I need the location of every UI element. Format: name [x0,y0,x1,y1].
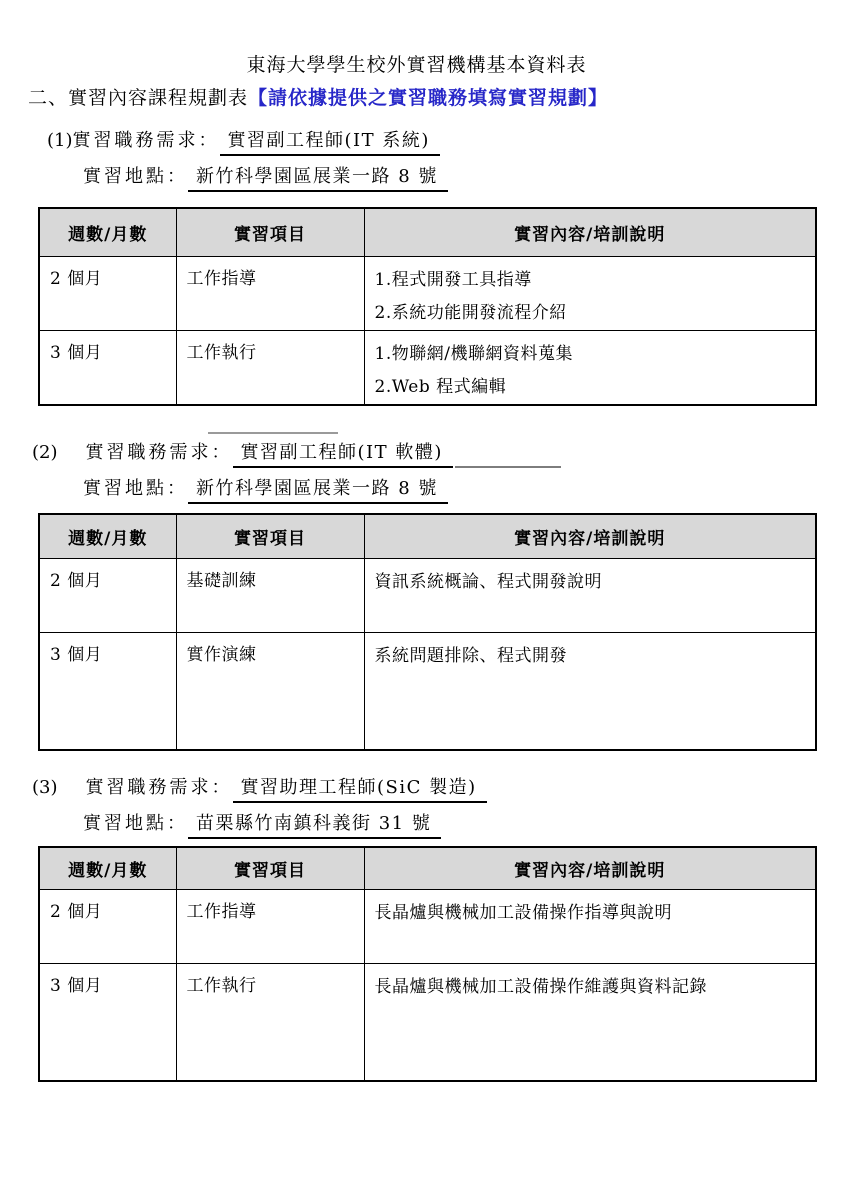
content-line: 2.Web 程式編輯 [375,371,808,404]
location-value: 苗栗縣竹南鎮科義街 31 號 [188,809,441,839]
table-row: 2 個月 工作指導 1.程式開發工具指導 2.系統功能開發流程介紹 [39,256,816,330]
internship-plan-table-1: 週數/月數 實習項目 實習內容/培訓說明 2 個月 工作指導 1.程式開發工具指… [38,207,817,406]
cell-content: 1.物聯網/機聯網資料蒐集 2.Web 程式編輯 [364,330,816,405]
location-line: 實習地點：新竹科學園區展業一路 8 號 [83,474,849,504]
cell-duration: 3 個月 [39,632,176,750]
cell-duration: 3 個月 [39,330,176,405]
job-requirement-line: (2)實習職務需求：實習副工程師(IT 軟體) [32,438,849,468]
job-requirement-label: 實習職務需求： [73,130,220,151]
col-header-duration: 週數/月數 [39,847,176,889]
cell-item: 基礎訓練 [176,558,364,632]
table-row: 2 個月 基礎訓練 資訊系統概論、程式開發說明 [39,558,816,632]
cell-item: 工作執行 [176,963,364,1081]
table-row: 2 個月 工作指導 長晶爐與機械加工設備操作指導與說明 [39,889,816,963]
content-line: 1.物聯網/機聯網資料蒐集 [375,338,808,371]
cell-duration: 2 個月 [39,889,176,963]
col-header-content: 實習內容/培訓說明 [364,208,816,256]
col-header-item: 實習項目 [176,208,364,256]
internship-section-2: (2)實習職務需求：實習副工程師(IT 軟體) 實習地點：新竹科學園區展業一路 … [28,438,849,751]
cell-item: 工作指導 [176,256,364,330]
col-header-duration: 週數/月數 [39,208,176,256]
col-header-content: 實習內容/培訓說明 [364,514,816,558]
cell-item: 工作執行 [176,330,364,405]
cell-duration: 2 個月 [39,256,176,330]
document-page: 東海大學學生校外實習機構基本資料表 二、實習內容課程規劃表【請依據提供之實習職務… [0,0,849,1200]
table-row: 3 個月 工作執行 長晶爐與機械加工設備操作維護與資料記錄 [39,963,816,1081]
location-value: 新竹科學園區展業一路 8 號 [188,474,448,504]
location-line: 實習地點：新竹科學園區展業一路 8 號 [83,162,849,192]
location-value: 新竹科學園區展業一路 8 號 [188,162,448,192]
col-header-content: 實習內容/培訓說明 [364,847,816,889]
col-header-item: 實習項目 [176,514,364,558]
cell-duration: 3 個月 [39,963,176,1081]
content-line: 資訊系統概論、程式開發說明 [375,566,808,599]
section-heading-text: 二、實習內容課程規劃表 [28,87,248,109]
location-line: 實習地點：苗栗縣竹南鎮科義街 31 號 [83,809,849,839]
content-line: 1.程式開發工具指導 [375,264,808,297]
cell-duration: 2 個月 [39,558,176,632]
internship-plan-table-3: 週數/月數 實習項目 實習內容/培訓說明 2 個月 工作指導 長晶爐與機械加工設… [38,846,817,1082]
blank-underline [208,432,338,434]
table-header-row: 週數/月數 實習項目 實習內容/培訓說明 [39,208,816,256]
location-label: 實習地點： [83,478,188,499]
col-header-item: 實習項目 [176,847,364,889]
cell-content: 資訊系統概論、程式開發說明 [364,558,816,632]
content-line: 2.系統功能開發流程介紹 [375,297,808,330]
cell-content: 長晶爐與機械加工設備操作維護與資料記錄 [364,963,816,1081]
internship-plan-table-2: 週數/月數 實習項目 實習內容/培訓說明 2 個月 基礎訓練 資訊系統概論、程式… [38,513,817,751]
table-header-row: 週數/月數 實習項目 實習內容/培訓說明 [39,514,816,558]
col-header-duration: 週數/月數 [39,514,176,558]
job-requirement-line: (1)實習職務需求：實習副工程師(IT 系統) [47,126,849,156]
cell-content: 1.程式開發工具指導 2.系統功能開發流程介紹 [364,256,816,330]
section-heading: 二、實習內容課程規劃表【請依據提供之實習職務填寫實習規劃】 [28,83,849,110]
section-number: (2) [32,442,58,463]
job-requirement-label: 實習職務需求： [86,777,233,798]
job-title-value: 實習副工程師(IT 軟體) [233,438,453,468]
table-row: 3 個月 工作執行 1.物聯網/機聯網資料蒐集 2.Web 程式編輯 [39,330,816,405]
cell-content: 長晶爐與機械加工設備操作指導與說明 [364,889,816,963]
internship-section-3: (3)實習職務需求：實習助理工程師(SiC 製造) 實習地點：苗栗縣竹南鎮科義街… [28,773,849,1082]
section-number: (3) [32,777,58,798]
cell-item: 實作演練 [176,632,364,750]
content-line: 系統問題排除、程式開發 [375,640,808,673]
cell-item: 工作指導 [176,889,364,963]
internship-section-1: (1)實習職務需求：實習副工程師(IT 系統) 實習地點：新竹科學園區展業一路 … [28,126,849,406]
job-title-value: 實習助理工程師(SiC 製造) [233,773,487,803]
section-number: (1) [47,130,73,151]
document-title: 東海大學學生校外實習機構基本資料表 [28,50,805,77]
table-row: 3 個月 實作演練 系統問題排除、程式開發 [39,632,816,750]
cell-content: 系統問題排除、程式開發 [364,632,816,750]
blank-extension-line [455,448,561,468]
content-line: 長晶爐與機械加工設備操作維護與資料記錄 [375,971,808,1004]
content-line: 長晶爐與機械加工設備操作指導與說明 [375,897,808,930]
section-heading-note: 【請依據提供之實習職務填寫實習規劃】 [248,87,608,109]
job-title-value: 實習副工程師(IT 系統) [220,126,440,156]
location-label: 實習地點： [83,166,188,187]
table-header-row: 週數/月數 實習項目 實習內容/培訓說明 [39,847,816,889]
location-label: 實習地點： [83,813,188,834]
job-requirement-label: 實習職務需求： [86,442,233,463]
job-requirement-line: (3)實習職務需求：實習助理工程師(SiC 製造) [32,773,849,803]
